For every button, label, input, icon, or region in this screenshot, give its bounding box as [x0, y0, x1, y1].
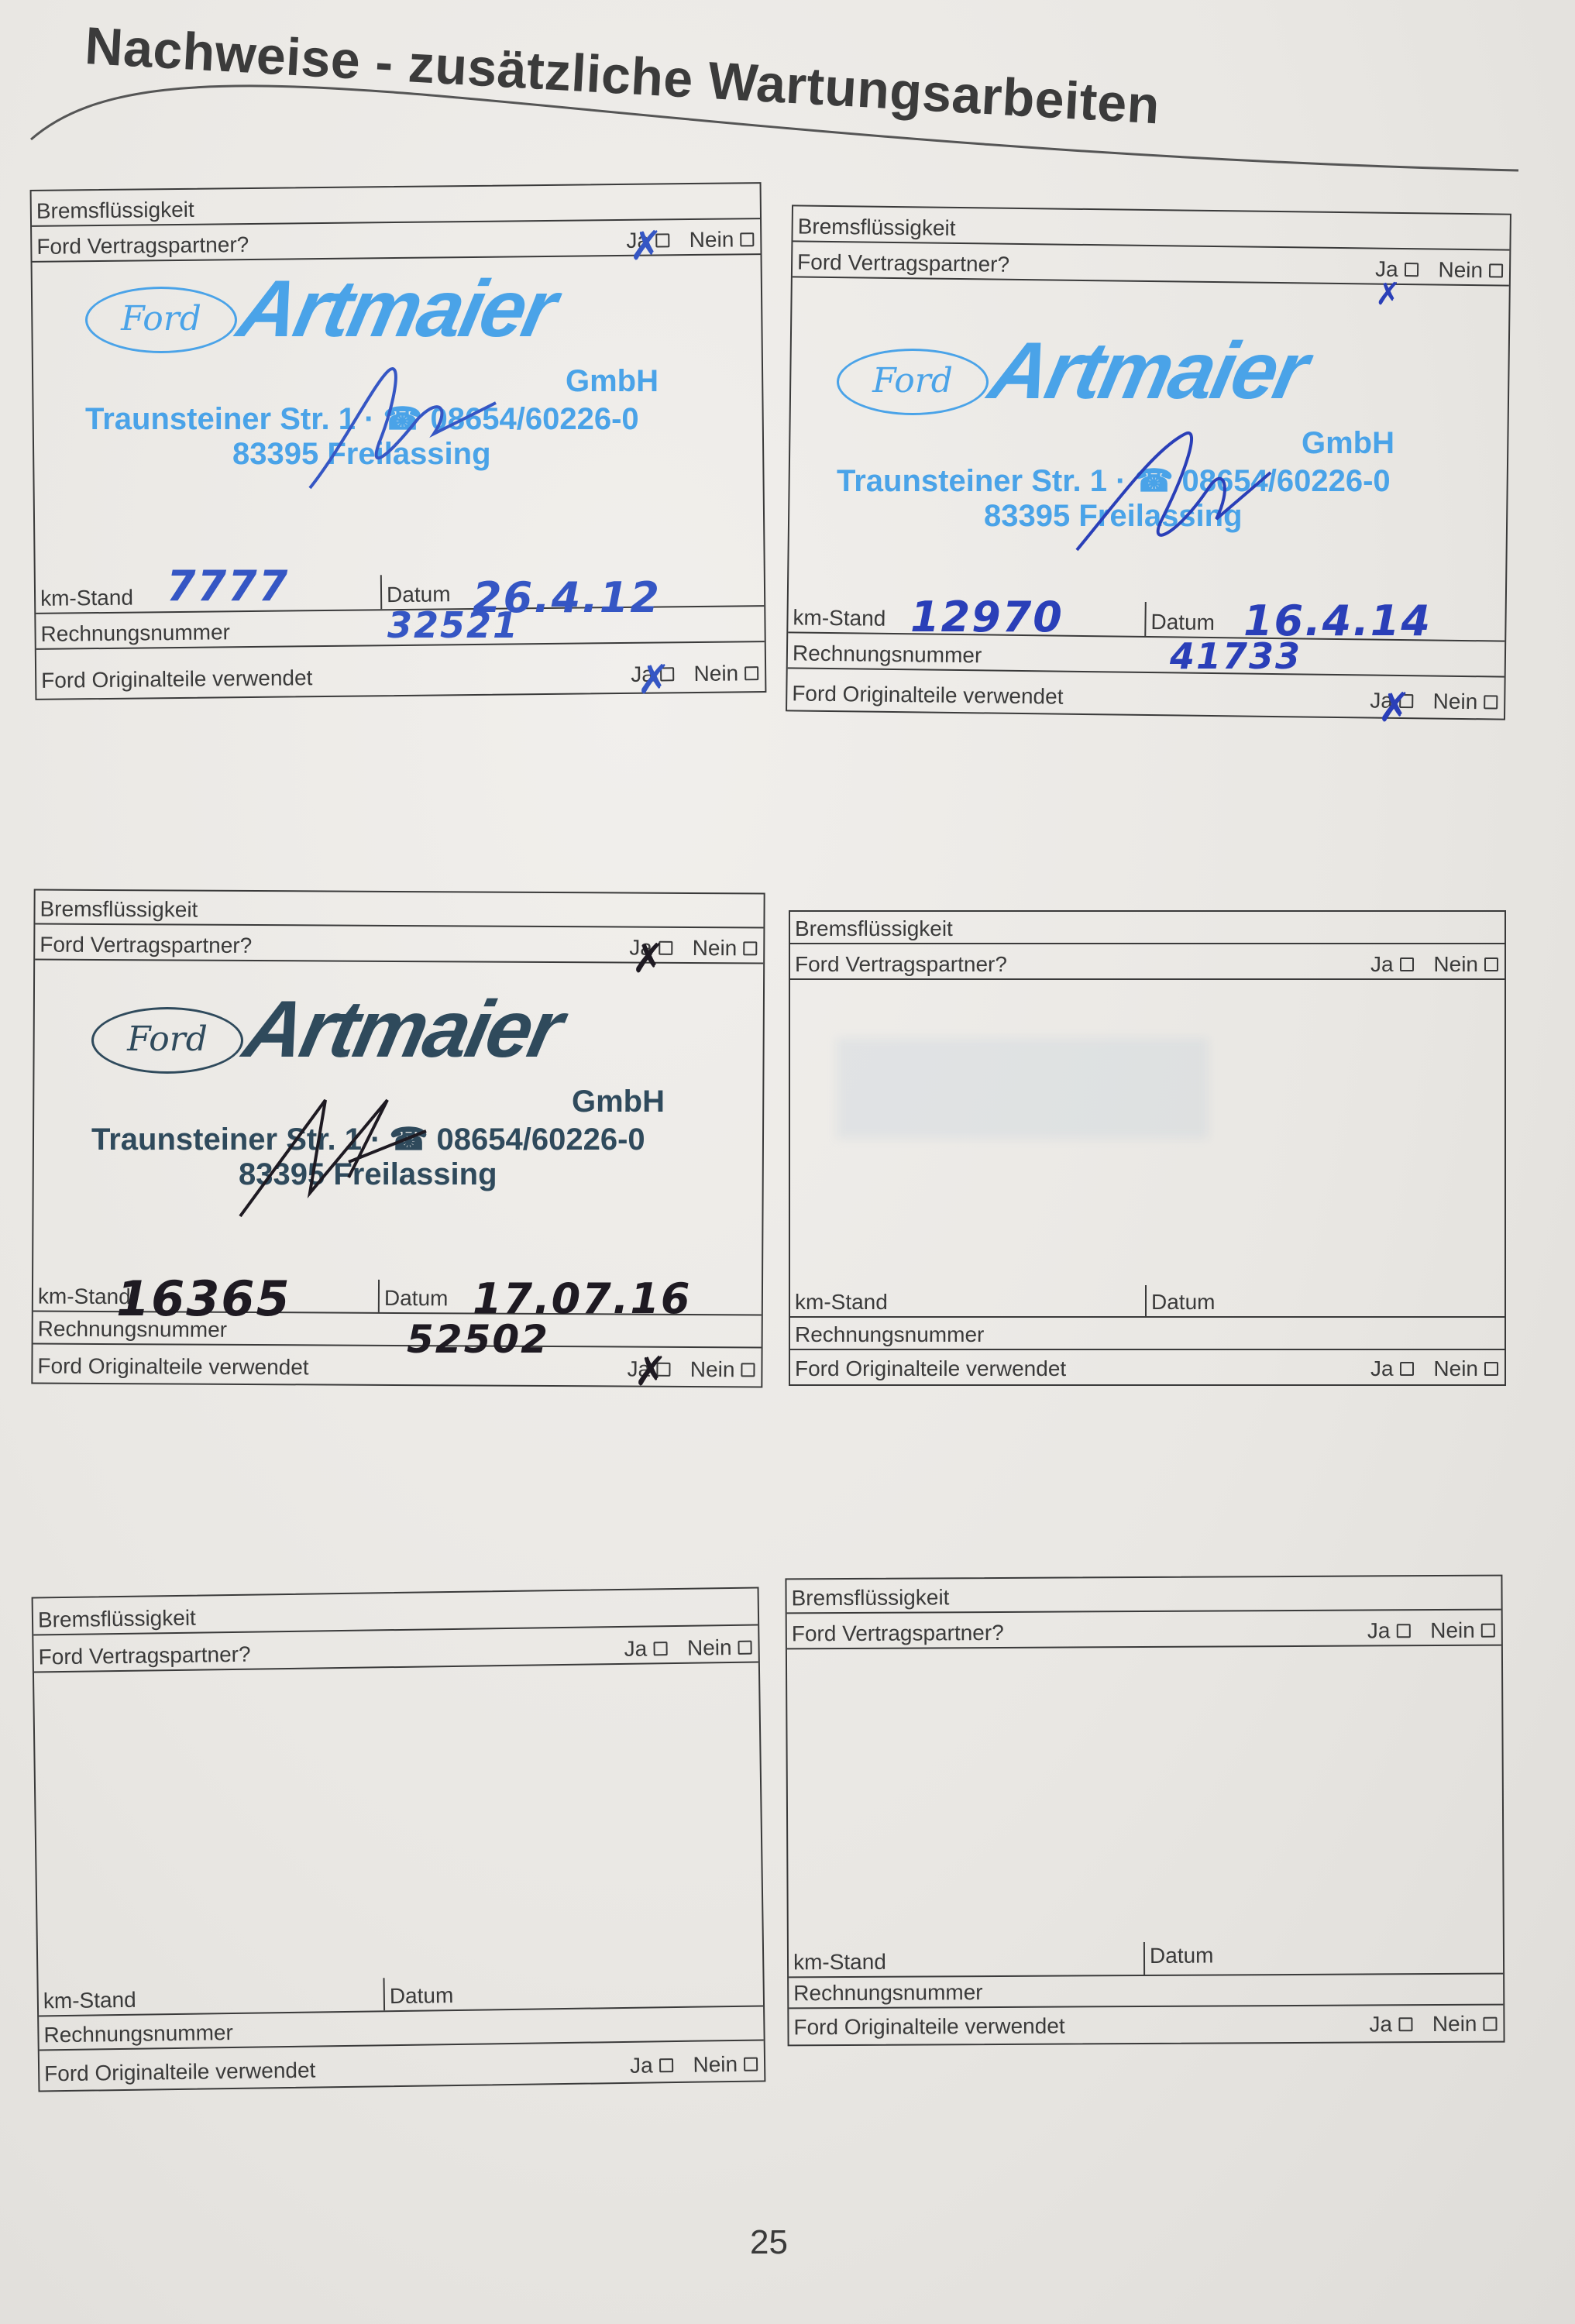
km-label: km-Stand [43, 1988, 136, 2014]
ford-partner-label: Ford Vertragspartner? [40, 933, 252, 958]
service-booklet-page: Nachweise - zusätzliche Wartungsarbeiten… [0, 0, 1575, 2324]
ford-partner-label: Ford Vertragspartner? [795, 952, 1007, 977]
record-3-parts-check-mark: ✗ [634, 1352, 668, 1392]
original-parts-label: Ford Originalteile verwendet [44, 2058, 316, 2087]
km-label: km-Stand [795, 1290, 888, 1315]
ford-logo: Ford [85, 287, 237, 353]
record-5: Bremsflüssigkeit Ford Vertragspartner? J… [32, 1587, 766, 2092]
no-label: Nein [1438, 258, 1483, 283]
dealer-legal-form: GmbH [1302, 426, 1394, 461]
original-parts-no-checkbox[interactable] [744, 2057, 758, 2071]
original-parts-yes-checkbox[interactable] [1398, 2017, 1412, 2031]
no-label: Nein [1430, 1618, 1475, 1642]
no-label: Nein [687, 1635, 732, 1660]
yes-label: Ja [1367, 1618, 1391, 1642]
ford-partner-yes-checkbox[interactable] [653, 1642, 667, 1655]
original-parts-no-checkbox[interactable] [1484, 695, 1498, 709]
ford-partner-yes-checkbox[interactable] [1396, 1624, 1410, 1638]
signature [1069, 418, 1302, 558]
original-parts-yes-checkbox[interactable] [1400, 1362, 1414, 1376]
date-label: Datum [1151, 1290, 1215, 1315]
original-parts-no-checkbox[interactable] [741, 1363, 755, 1377]
date-label: Datum [1150, 610, 1215, 635]
ford-partner-yes-checkbox[interactable] [1400, 957, 1414, 971]
dealer-legal-form: GmbH [572, 1085, 665, 1119]
invoice-row: Rechnungsnummer [790, 1318, 1505, 1350]
original-parts-row: Ford Originalteile verwendet Ja Nein [790, 1350, 1505, 1383]
no-label: Nein [690, 1357, 735, 1381]
yes-label: Ja [624, 1636, 647, 1660]
record-3-partner-check-mark: ✗ [631, 939, 665, 979]
ford-partner-no-checkbox[interactable] [1484, 957, 1498, 971]
original-parts-no-checkbox[interactable] [1484, 1362, 1498, 1376]
brake-fluid-label: Bremsflüssigkeit [791, 1585, 949, 1611]
dealer-legal-form: GmbH [566, 364, 659, 399]
record-2-partner-check-mark: ✗ [1375, 279, 1401, 310]
ford-partner-no-checkbox[interactable] [1481, 1623, 1495, 1637]
no-label: Nein [693, 2052, 738, 2077]
record-3-km-value: 16365 [116, 1270, 291, 1327]
no-label: Nein [689, 227, 734, 252]
brake-fluid-label: Bremsflüssigkeit [40, 897, 198, 923]
yes-label: Ja [1369, 2012, 1392, 2036]
dealer-name: Artmaier [230, 263, 562, 356]
brake-fluid-label: Bremsflüssigkeit [797, 214, 955, 240]
page-number: 25 [750, 2223, 788, 2262]
brake-fluid-label: Bremsflüssigkeit [38, 1606, 196, 1633]
dealer-name: Artmaier [236, 984, 569, 1076]
record-1-parts-check-mark: ✗ [637, 660, 671, 700]
brake-fluid-label: Bremsflüssigkeit [795, 916, 953, 941]
invoice-label: Rechnungsnummer [793, 641, 982, 668]
original-parts-yes-checkbox[interactable] [659, 2058, 673, 2072]
record-1-invoice-value: 32521 [387, 604, 519, 646]
brake-fluid-label: Bremsflüssigkeit [36, 198, 194, 224]
invoice-label: Rechnungsnummer [793, 1980, 983, 2006]
original-parts-label: Ford Originalteile verwendet [793, 2014, 1064, 2040]
yes-label: Ja [630, 2053, 653, 2077]
brake-fluid-row: Bremsflüssigkeit [35, 891, 763, 929]
original-parts-label: Ford Originalteile verwendet [37, 1354, 308, 1380]
brake-fluid-row: Bremsflüssigkeit [790, 912, 1505, 944]
ford-logo: Ford [91, 1007, 243, 1074]
invoice-label: Rechnungsnummer [795, 1322, 984, 1347]
invoice-label: Rechnungsnummer [40, 620, 230, 647]
ford-partner-no-checkbox[interactable] [1489, 263, 1503, 277]
invoice-label: Rechnungsnummer [43, 2020, 233, 2047]
title-underline [0, 0, 1575, 201]
ford-partner-no-checkbox[interactable] [743, 941, 757, 955]
record-4: Bremsflüssigkeit Ford Vertragspartner? J… [789, 910, 1506, 1386]
ford-partner-no-checkbox[interactable] [738, 1640, 751, 1654]
date-label: Datum [1150, 1944, 1214, 1973]
km-label: km-Stand [793, 1950, 886, 1975]
no-label: Nein [1433, 1356, 1478, 1380]
ford-partner-yes-checkbox[interactable] [1405, 263, 1419, 277]
ford-partner-label: Ford Vertragspartner? [797, 249, 1009, 277]
ford-partner-no-checkbox[interactable] [740, 232, 754, 246]
original-parts-row: Ford Originalteile verwendet Ja Nein [789, 2006, 1503, 2042]
signature [232, 1085, 434, 1224]
no-label: Nein [1432, 2012, 1477, 2036]
invoice-row: Rechnungsnummer [789, 1975, 1503, 2009]
record-2-km-value: 12970 [910, 593, 1064, 641]
km-label: km-Stand [40, 586, 133, 611]
record-2-invoice-value: 41733 [1170, 635, 1302, 677]
record-3-date-value: 17.07.16 [473, 1274, 691, 1323]
km-label: km-Stand [793, 605, 886, 631]
record-1-partner-check-mark: ✗ [629, 226, 663, 266]
km-date-row: km-Stand Datum [789, 1941, 1503, 1978]
km-date-row: km-Stand Datum [790, 1285, 1505, 1318]
brake-fluid-row: Bremsflüssigkeit [786, 1576, 1501, 1614]
yes-label: Ja [1370, 1356, 1394, 1380]
signature [294, 356, 527, 496]
no-label: Nein [1432, 689, 1477, 714]
ford-partner-row: Ford Vertragspartner? Ja Nein [790, 944, 1505, 980]
yes-label: Ja [1370, 952, 1394, 976]
ford-partner-row: Ford Vertragspartner? Ja Nein [787, 1611, 1501, 1650]
date-label: Datum [390, 1983, 454, 2009]
record-2-parts-check-mark: ✗ [1377, 688, 1412, 728]
ford-partner-label: Ford Vertragspartner? [792, 1621, 1004, 1646]
record-3-invoice-value: 52502 [407, 1317, 549, 1362]
date-label: Datum [384, 1286, 449, 1311]
original-parts-label: Ford Originalteile verwendet [41, 665, 312, 693]
original-parts-no-checkbox[interactable] [745, 666, 758, 680]
no-label: Nein [1433, 952, 1478, 976]
dealer-name: Artmaier [982, 325, 1314, 418]
ford-partner-label: Ford Vertragspartner? [36, 232, 249, 260]
original-parts-label: Ford Originalteile verwendet [795, 1356, 1066, 1381]
original-parts-no-checkbox[interactable] [1483, 2016, 1497, 2030]
no-label: Nein [693, 661, 738, 686]
original-parts-label: Ford Originalteile verwendet [792, 681, 1064, 709]
record-6: Bremsflüssigkeit Ford Vertragspartner? J… [785, 1575, 1505, 2047]
no-label: Nein [693, 936, 738, 960]
record-1-km-value: 7777 [167, 562, 289, 610]
ford-logo: Ford [837, 349, 989, 415]
ford-partner-label: Ford Vertragspartner? [38, 1642, 250, 1670]
